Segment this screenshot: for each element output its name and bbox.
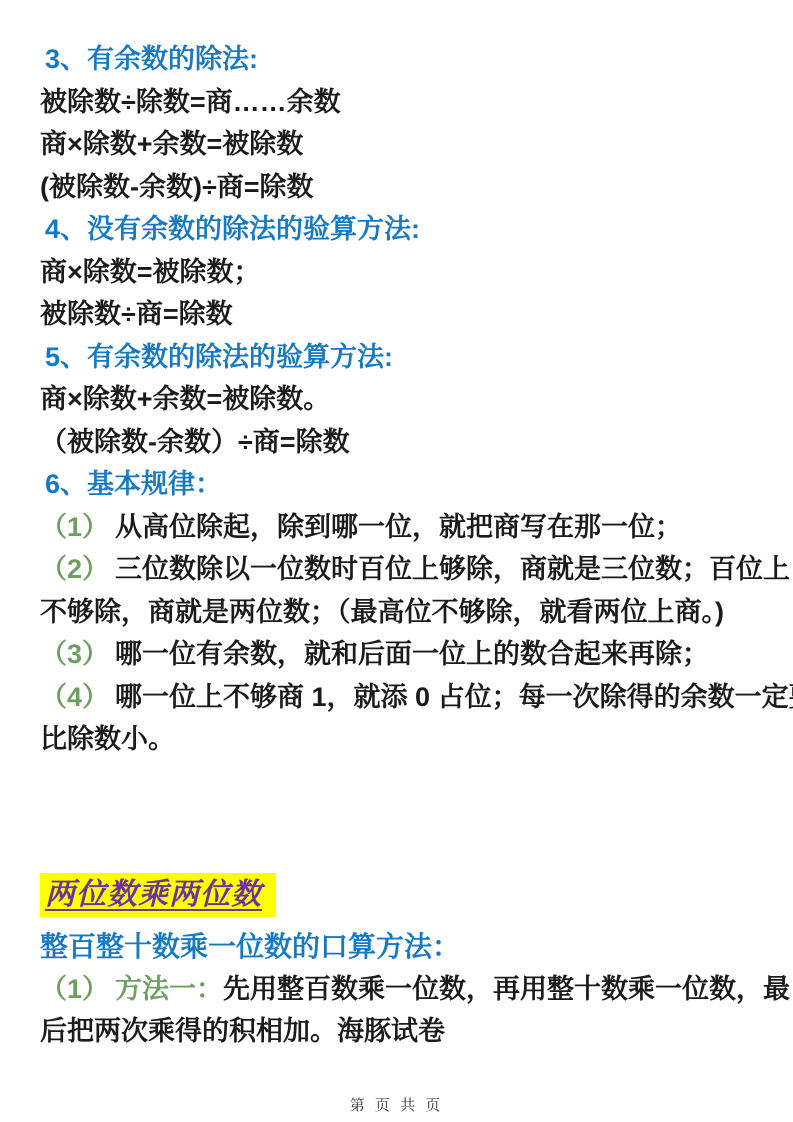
section-6-heading: 6、基本规律： (40, 463, 755, 506)
item-text: 三位数除以一位数时百位上够除，商就是三位数；百位上 (115, 554, 790, 584)
item-marker: （2） (40, 554, 109, 584)
chapter-two-digit-multiplication: 两位数乘两位数 整百整十数乘一位数的口算方法： （1）方法一：先用整百数乘一位数… (40, 873, 755, 1053)
formula-line: 商×除数+余数=被除数。 (40, 378, 755, 421)
rule-item-4-continued: 比除数小。 (40, 718, 755, 761)
formula-line: 商×除数+余数=被除数 (40, 123, 755, 166)
document-page: 3、有余数的除法: 被除数÷除数=商……余数 商×除数+余数=被除数 (被除数-… (0, 0, 793, 1122)
item-marker: （3） (40, 639, 109, 669)
formula-line: 商×除数=被除数； (40, 251, 755, 294)
method-item-1: （1）方法一：先用整百数乘一位数，再用整十数乘一位数，最 (40, 968, 755, 1011)
chapter-heading: 整百整十数乘一位数的口算方法： (40, 925, 755, 968)
rule-item-1: （1）从高位除起，除到哪一位，就把商写在那一位； (40, 506, 755, 549)
formula-line: 被除数÷商=除数 (40, 293, 755, 336)
item-text: 从高位除起，除到哪一位，就把商写在那一位； (115, 512, 682, 542)
rule-item-3: （3）哪一位有余数，就和后面一位上的数合起来再除； (40, 633, 755, 676)
section-4-heading: 4、没有余数的除法的验算方法: (40, 208, 755, 251)
formula-line: 被除数÷除数=商……余数 (40, 81, 755, 124)
item-text: 先用整百数乘一位数，再用整十数乘一位数，最 (223, 974, 790, 1004)
formula-line: (被除数-余数)÷商=除数 (40, 166, 755, 209)
method-label: 方法一： (115, 974, 223, 1004)
section-3-heading: 3、有余数的除法: (40, 38, 755, 81)
item-marker: （1） (40, 974, 109, 1004)
item-marker: （4） (40, 682, 109, 712)
page-footer: 第 页 共 页 (0, 1094, 793, 1115)
chapter-title-highlighted: 两位数乘两位数 (40, 873, 276, 917)
method-item-1-continued: 后把两次乘得的积相加。海豚试卷 (40, 1010, 755, 1053)
document-content: 3、有余数的除法: 被除数÷除数=商……余数 商×除数+余数=被除数 (被除数-… (40, 38, 755, 1053)
rule-item-4: （4）哪一位上不够商 1，就添 0 占位；每一次除得的余数一定要 (40, 676, 755, 719)
item-marker: （1） (40, 512, 109, 542)
rule-item-2-continued: 不够除，商就是两位数；（最高位不够除，就看两位上商。) (40, 591, 755, 634)
item-text: 哪一位有余数，就和后面一位上的数合起来再除； (115, 639, 709, 669)
rule-item-2: （2）三位数除以一位数时百位上够除，商就是三位数；百位上 (40, 548, 755, 591)
item-text: 哪一位上不够商 1，就添 0 占位；每一次除得的余数一定要 (115, 682, 793, 712)
section-5-heading: 5、有余数的除法的验算方法: (40, 336, 755, 379)
formula-line: （被除数-余数）÷商=除数 (40, 421, 755, 464)
